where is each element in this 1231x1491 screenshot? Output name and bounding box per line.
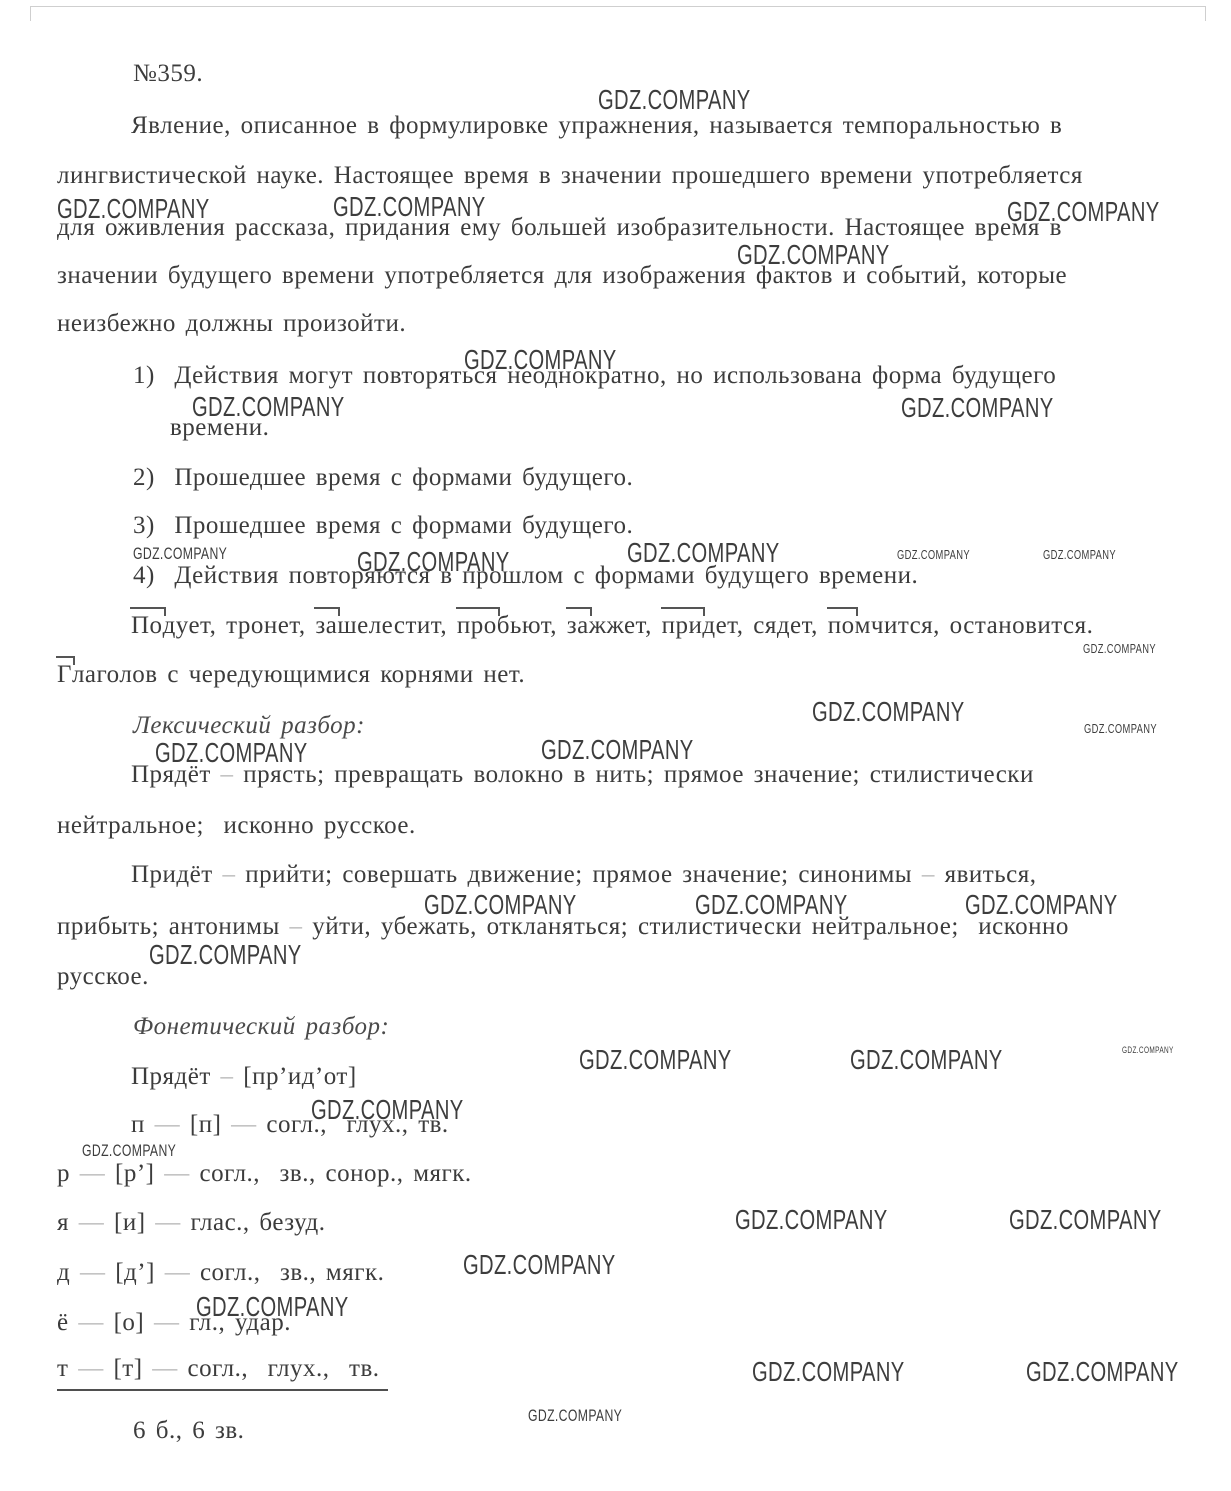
watermark-text: GDZ.COMPANY xyxy=(82,1141,176,1161)
watermark-text: GDZ.COMPANY xyxy=(192,391,345,423)
verb-note: Глаголов с чередующимися корнями нет. xyxy=(57,661,525,689)
text-segment: 6 б., 6 зв. xyxy=(133,1417,244,1444)
watermark-text: GDZ.COMPANY xyxy=(579,1044,732,1076)
prefix-overline-mark: за xyxy=(567,612,589,640)
text-segment: п xyxy=(131,1111,155,1138)
text-segment: прибыть; антонимы xyxy=(57,913,290,940)
text-segment: 3) Прошедшее время с формами будущего. xyxy=(133,512,633,539)
text-segment: Фонетический разбор: xyxy=(133,1013,389,1040)
text-segment: т xyxy=(57,1355,78,1382)
dash-segment: — xyxy=(80,1160,106,1187)
list-item: 2) Прошедшее время с формами будущего. xyxy=(133,464,633,492)
text-segment: я xyxy=(57,1209,79,1236)
prefix-overline-mark: Г xyxy=(57,661,72,689)
text-segment: 2) Прошедшее время с формами будущего. xyxy=(133,464,633,491)
text-segment: согл., зв., сонор., мягк. xyxy=(190,1160,472,1187)
watermark-text: GDZ.COMPANY xyxy=(149,939,302,971)
watermark-text: GDZ.COMPANY xyxy=(901,392,1054,424)
dash-segment: — xyxy=(231,1111,257,1138)
scan-border-top-line xyxy=(30,6,1206,7)
watermark-text: GDZ.COMPANY xyxy=(541,734,694,766)
text-segment: уйти, убежать, откланяться; стилистическ… xyxy=(303,913,1069,940)
watermark-text: GDZ.COMPANY xyxy=(1009,1204,1162,1236)
dash-segment: – xyxy=(221,1063,234,1090)
watermark-text: GDZ.COMPANY xyxy=(897,547,970,562)
watermark-text: GDZ.COMPANY xyxy=(424,889,577,921)
text-segment: лингвистической науке. Настоящее время в… xyxy=(57,162,1083,189)
lexical-line: Придёт – прийти; совершать движение; пря… xyxy=(131,861,1036,889)
text-segment: нейтральное; исконно русское. xyxy=(57,812,416,839)
watermark-text: GDZ.COMPANY xyxy=(1043,547,1116,562)
dash-segment: — xyxy=(154,1309,180,1336)
section-heading: Фонетический разбор: xyxy=(133,1013,389,1041)
text-segment: жжет, xyxy=(589,612,662,639)
text-segment: бьют, xyxy=(497,612,567,639)
watermark-text: GDZ.COMPANY xyxy=(812,696,965,728)
watermark-text: GDZ.COMPANY xyxy=(752,1356,905,1388)
paragraph-line: Явление, описанное в формулировке упражн… xyxy=(131,112,1062,140)
paragraph-line: лингвистической науке. Настоящее время в… xyxy=(57,162,1083,190)
watermark-text: GDZ.COMPANY xyxy=(1084,721,1157,736)
text-segment: [р’] xyxy=(105,1160,164,1187)
text-segment: русское. xyxy=(57,963,149,990)
text-segment: прийти; совершать движение; прямое значе… xyxy=(235,861,921,888)
letters-sounds-count: 6 б., 6 зв. xyxy=(133,1417,244,1445)
watermark-text: GDZ.COMPANY xyxy=(311,1094,464,1126)
paragraph-line: значении будущего времени употребляется … xyxy=(57,262,1067,290)
exercise-number: №359. xyxy=(133,60,203,88)
watermark-text: GDZ.COMPANY xyxy=(695,889,848,921)
watermark-text: GDZ.COMPANY xyxy=(1026,1356,1179,1388)
text-segment: р xyxy=(57,1160,80,1187)
text-segment: дует, тронет, xyxy=(163,612,316,639)
text-segment: д xyxy=(57,1259,80,1286)
text-segment: Лексический разбор: xyxy=(133,712,365,739)
text-segment: глас., безуд. xyxy=(181,1209,326,1236)
watermark-text: GDZ.COMPANY xyxy=(133,544,227,564)
scan-border-left-stub xyxy=(30,6,31,21)
watermark-text: GDZ.COMPANY xyxy=(1122,1045,1174,1055)
text-segment: Прядёт xyxy=(131,1063,221,1090)
watermark-text: GDZ.COMPANY xyxy=(155,737,308,769)
prefix-overline-mark: по xyxy=(828,612,855,640)
watermark-text: GDZ.COMPANY xyxy=(1007,196,1160,228)
lexical-line: нейтральное; исконно русское. xyxy=(57,812,416,840)
dash-segment: — xyxy=(155,1111,181,1138)
text-segment: Придёт xyxy=(131,861,222,888)
watermark-text: GDZ.COMPANY xyxy=(965,889,1118,921)
text-segment: Явление, описанное в формулировке упражн… xyxy=(131,112,1062,139)
text-segment: [и] xyxy=(104,1209,155,1236)
dash-segment: — xyxy=(79,1209,105,1236)
dash-segment: – xyxy=(290,913,303,940)
prefix-overline-mark: По xyxy=(131,612,163,640)
watermark-text: GDZ.COMPANY xyxy=(528,1406,622,1426)
section-heading: Лексический разбор: xyxy=(133,712,365,740)
transcription-line: Прядёт – [пр’ид’от] xyxy=(131,1063,357,1091)
dash-segment: — xyxy=(78,1355,104,1382)
phonetic-line: р — [р’] — согл., зв., сонор., мягк. xyxy=(57,1160,472,1188)
watermark-text: GDZ.COMPANY xyxy=(627,537,780,569)
text-segment: шелестит, xyxy=(337,612,457,639)
dash-segment: — xyxy=(80,1259,106,1286)
document-page: №359.Явление, описанное в формулировке у… xyxy=(0,0,1231,1491)
text-segment: мчится, остановится. xyxy=(855,612,1094,639)
phonetic-line: т — [т] — согл., глух., тв. xyxy=(57,1355,388,1391)
paragraph-line: неизбежно должны произойти. xyxy=(57,310,406,338)
text-segment: значении будущего времени употребляется … xyxy=(57,262,1067,289)
dash-segment: — xyxy=(78,1309,104,1336)
dash-segment: — xyxy=(164,1160,190,1187)
phonetic-line: я — [и] — глас., безуд. xyxy=(57,1209,325,1237)
prefix-overline-mark: за xyxy=(315,612,337,640)
text-segment: ё xyxy=(57,1309,78,1336)
text-segment: [п] xyxy=(180,1111,231,1138)
lexical-line: русское. xyxy=(57,963,149,991)
verb-list: Подует, тронет, зашелестит, пробьют, заж… xyxy=(131,612,1093,640)
text-segment: неизбежно должны произойти. xyxy=(57,310,406,337)
list-item: 3) Прошедшее время с формами будущего. xyxy=(133,512,633,540)
watermark-text: GDZ.COMPANY xyxy=(463,1249,616,1281)
watermark-text: GDZ.COMPANY xyxy=(850,1044,1003,1076)
text-segment: явиться, xyxy=(935,861,1037,888)
text-segment: дет, сядет, xyxy=(702,612,827,639)
text-segment: 4) Действия повторяются в прошлом с форм… xyxy=(133,562,918,589)
text-segment: [д’] xyxy=(105,1259,164,1286)
prefix-overline-mark: про xyxy=(457,612,497,640)
watermark-text: GDZ.COMPANY xyxy=(57,193,210,225)
text-segment: [т] xyxy=(104,1355,153,1382)
watermark-text: GDZ.COMPANY xyxy=(196,1291,349,1323)
watermark-text: GDZ.COMPANY xyxy=(464,344,617,376)
text-segment: №359. xyxy=(133,60,203,87)
text-segment: лаголов с чередующимися корнями нет. xyxy=(72,661,525,688)
watermark-text: GDZ.COMPANY xyxy=(333,191,486,223)
list-item: 4) Действия повторяются в прошлом с форм… xyxy=(133,562,918,590)
dash-segment: — xyxy=(155,1209,181,1236)
text-segment: [о] xyxy=(104,1309,154,1336)
text-segment: согл., глух., тв. xyxy=(178,1355,380,1382)
text-segment: согл., зв., мягк. xyxy=(190,1259,384,1286)
watermark-text: GDZ.COMPANY xyxy=(735,1204,888,1236)
dash-segment: — xyxy=(165,1259,191,1286)
scan-border-right-stub xyxy=(1205,6,1206,21)
watermark-text: GDZ.COMPANY xyxy=(1083,641,1156,656)
dash-segment: – xyxy=(922,861,935,888)
text-segment: [пр’ид’от] xyxy=(234,1063,357,1090)
dash-segment: – xyxy=(222,861,235,888)
watermark-text: GDZ.COMPANY xyxy=(737,239,890,271)
phonetic-line: д — [д’] — согл., зв., мягк. xyxy=(57,1259,384,1287)
prefix-overline-mark: при xyxy=(662,612,703,640)
dash-segment: — xyxy=(152,1355,178,1382)
watermark-text: GDZ.COMPANY xyxy=(357,546,510,578)
watermark-text: GDZ.COMPANY xyxy=(598,84,751,116)
